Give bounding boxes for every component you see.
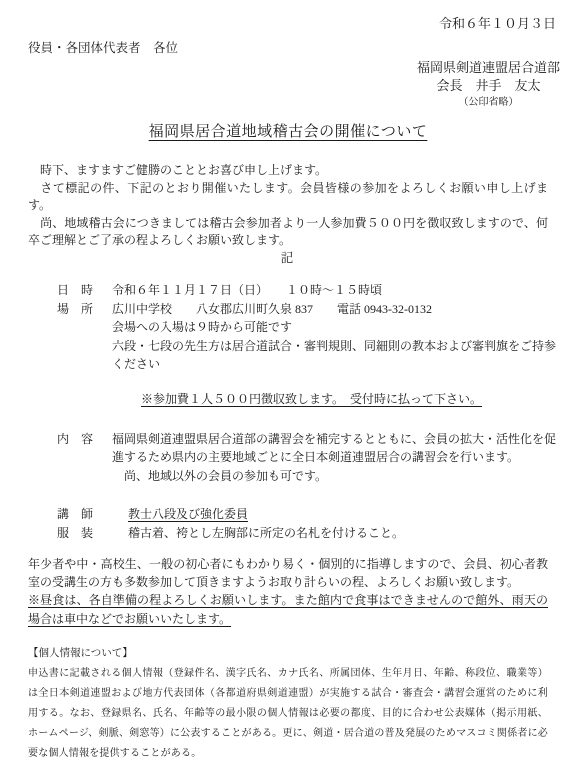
detail-line: 会場への入場は９時から可能です	[112, 318, 556, 337]
detail-line: 令和６年１１月１７日（日） １０時～１５時頃	[112, 281, 556, 300]
detail-line: 稽古着、袴とし左胸部に所定の名札を付けること。	[128, 524, 556, 543]
detail-row-instructor: 講 師 教士八段及び強化委員	[28, 505, 556, 524]
intro-section: 時下、ますますご健勝のこととお喜び申し上げます。 さて標記の件、下記のとおり開催…	[28, 162, 548, 267]
privacy-body: 申込書に記載される個人情報（登録件名、漢字氏名、カナ氏名、所属団体、生年月日、年…	[28, 664, 548, 764]
detail-line: 教士八段及び強化委員	[128, 505, 556, 524]
privacy-heading: 【個人情報について】	[28, 644, 548, 664]
intro-paragraph: 尚、地域稽古会につきましては稽古会参加者より一人参加費５００円を徴収致しますので…	[28, 215, 548, 250]
document-page: 令和６年１０月３日 役員・各団体代表者 各位 福岡県剣道連盟居合道部 会長 井手…	[0, 0, 576, 768]
privacy-section: 【個人情報について】 申込書に記載される個人情報（登録件名、漢字氏名、カナ氏名、…	[28, 644, 548, 764]
recipient-line: 役員・各団体代表者 各位	[28, 40, 576, 57]
sender-block: 福岡県剣道連盟居合道部 会長 井手 友太 （公印省略）	[0, 59, 576, 110]
intro-paragraph: 時下、ますますご健勝のこととお喜び申し上げます。	[28, 162, 548, 180]
lunch-note: ※昼食は、各自準備の程よろしくお願いします。また館内で食事はできませんので館外、…	[28, 591, 548, 627]
closing-paragraph: 年少者や中・高校生、一般の初心者にもわかり易く・個別的に指導しますので、会員、初…	[28, 555, 548, 591]
detail-label: 講 師	[57, 505, 93, 524]
detail-label: 内 容	[57, 430, 93, 449]
detail-line: 広川中学校 八女郡広川町久泉 837 電話 0943-32-0132	[112, 300, 556, 319]
sender-organization: 福岡県剣道連盟居合道部	[417, 59, 560, 76]
detail-row-content: 内 容 福岡県剣道連盟県居合道部の講習会を補完するとともに、会員の拡大・活性化を…	[28, 430, 556, 486]
detail-line: 尚、地域以外の会員の参加も可です。	[112, 467, 556, 486]
detail-line: 六段・七段の先生方は居合道試合・審判規則、同細則の教本および審判旗をご持参くださ…	[112, 337, 556, 374]
fee-note: ※参加費１人５００円徴収致します。 受付時に払って下さい。	[141, 390, 556, 408]
detail-label: 日 時	[57, 281, 93, 300]
details-section: 日 時 令和６年１１月１７日（日） １０時～１５時頃 場 所 広川中学校 八女郡…	[28, 281, 556, 542]
detail-row-datetime: 日 時 令和６年１１月１７日（日） １０時～１５時頃	[28, 281, 556, 300]
seal-note: （公印省略）	[417, 96, 560, 110]
date-line: 令和６年１０月３日	[0, 0, 576, 32]
sender-representative: 会長 井手 友太	[417, 77, 560, 95]
record-mark: 記	[28, 250, 548, 268]
detail-label: 服 装	[57, 524, 93, 543]
closing-section: 年少者や中・高校生、一般の初心者にもわかり易く・個別的に指導しますので、会員、初…	[28, 555, 548, 628]
detail-row-attire: 服 装 稽古着、袴とし左胸部に所定の名札を付けること。	[28, 524, 556, 543]
document-title: 福岡県居合道地域稽古会の開催について	[0, 122, 576, 142]
detail-line: 福岡県剣道連盟県居合道部の講習会を補完するとともに、会員の拡大・活性化を促進する…	[112, 430, 556, 467]
intro-paragraph: さて標記の件、下記のとおり開催いたします。会員皆様の参加をよろしくお願い申し上げ…	[28, 180, 548, 215]
detail-row-place: 場 所 広川中学校 八女郡広川町久泉 837 電話 0943-32-0132 会…	[28, 300, 556, 374]
detail-label: 場 所	[57, 300, 93, 319]
